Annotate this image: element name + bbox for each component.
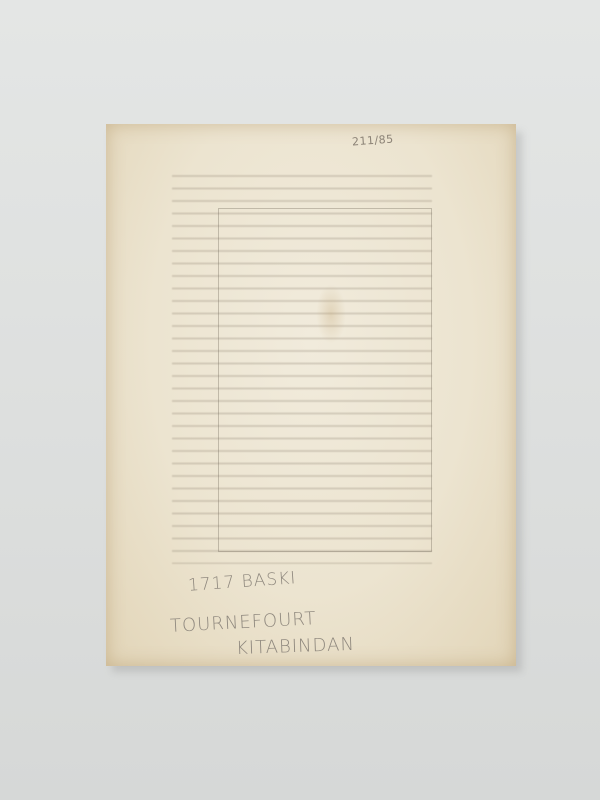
handwritten-note-line1: 1717 BASKI [187,568,297,596]
handwritten-note-line3: KITABINDAN [236,634,356,659]
antique-paper-sheet: 211/85 1717 BASKI TOURNEFOURT KITABINDAN [106,124,516,666]
paper-stain [316,284,346,344]
catalog-number: 211/85 [352,133,395,149]
bleed-through-frame [218,208,432,552]
handwritten-note-line2: TOURNEFOURT [170,608,317,637]
